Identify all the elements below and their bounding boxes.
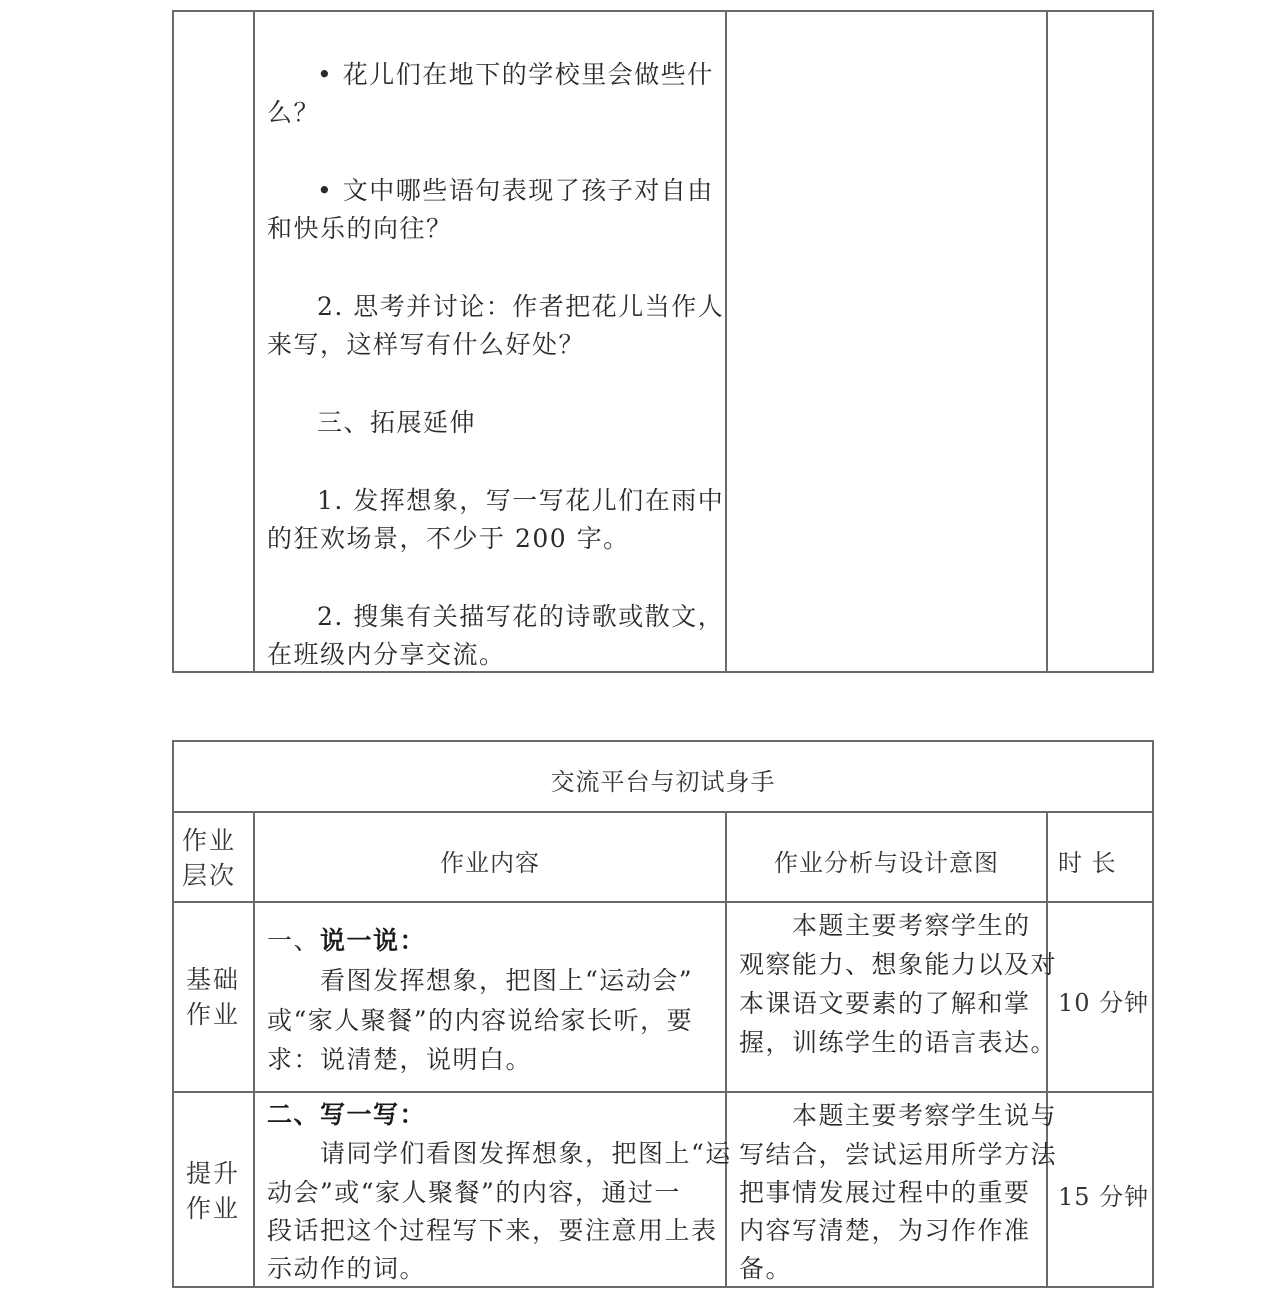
row-basic-level-line-1: 基础 [186, 962, 240, 997]
row-advanced-content-line-3: 段话把这个过程写下来，要注意用上表 [267, 1212, 718, 1250]
section-heading-extension: 三、拓展延伸 [317, 404, 476, 442]
row-advanced-level: 提升 作业 [186, 1156, 240, 1226]
discussion-item-2: 2. 思考并讨论：作者把花儿当作人 [317, 288, 724, 326]
row-advanced-level-line-2: 作业 [186, 1191, 240, 1226]
column-divider-3 [1046, 10, 1048, 673]
table-border-left [172, 740, 174, 1288]
extension-item-1-cont: 的狂欢场景，不少于 200 字。 [267, 520, 630, 558]
header-level-line-1: 作业 [182, 823, 236, 858]
header-level-line-2: 层次 [182, 858, 236, 893]
table-border-top [172, 740, 1154, 742]
row-basic-content-line-1: 看图发挥想象，把图上“运动会” [267, 962, 693, 1000]
row-advanced-heading: 二、写一写： [267, 1096, 426, 1134]
row-basic-heading-title: 说一说： [320, 926, 426, 955]
table-title: 交流平台与初试身手 [172, 762, 1154, 797]
header-row-divider [172, 901, 1154, 903]
row-advanced-content-line-4: 示动作的词。 [267, 1250, 426, 1288]
content-cell: • 花儿们在地下的学校里会做些什 么？ • 文中哪些语句表现了孩子对自由 和快乐… [255, 10, 725, 671]
row-basic-level: 基础 作业 [186, 962, 240, 1032]
table-border-right [1152, 740, 1154, 1288]
column-divider-2 [725, 812, 727, 1288]
row-basic-heading-prefix: 一、 [267, 926, 320, 955]
row-advanced-level-line-1: 提升 [186, 1156, 240, 1191]
row-basic-analysis-line-3: 本课语文要素的了解和掌 [739, 985, 1031, 1023]
row-basic-level-line-2: 作业 [186, 997, 240, 1032]
row-advanced-content-line-2: 动会”或“家人聚餐”的内容，通过一 [267, 1174, 681, 1212]
extension-item-1: 1. 发挥想象，写一写花儿们在雨中 [317, 482, 724, 520]
column-divider-2 [725, 10, 727, 673]
lesson-plan-table-continued: • 花儿们在地下的学校里会做些什 么？ • 文中哪些语句表现了孩子对自由 和快乐… [172, 10, 1154, 673]
header-level: 作业 层次 [182, 823, 236, 893]
question-bullet-1: • 花儿们在地下的学校里会做些什 [317, 56, 714, 94]
title-row-divider [172, 811, 1154, 813]
table-border-right [1152, 10, 1154, 673]
question-bullet-2-cont: 和快乐的向往？ [267, 210, 453, 248]
question-bullet-2: • 文中哪些语句表现了孩子对自由 [317, 172, 714, 210]
row-basic-analysis-line-4: 握，训练学生的语言表达。 [739, 1024, 1057, 1062]
row-advanced-duration: 15 分钟 [1058, 1177, 1149, 1212]
header-analysis: 作业分析与设计意图 [727, 843, 1046, 878]
table-border-left [172, 10, 174, 673]
header-content: 作业内容 [255, 843, 725, 878]
row-advanced-analysis-line-1: 本题主要考察学生说与 [739, 1097, 1057, 1135]
row-basic-content-line-3: 求：说清楚，说明白。 [267, 1041, 532, 1079]
row-advanced-analysis-line-4: 内容写清楚，为习作作准 [739, 1212, 1031, 1250]
row-advanced-content-line-1: 请同学们看图发挥想象，把图上“运 [267, 1135, 732, 1173]
question-bullet-1-cont: 么？ [267, 94, 320, 132]
homework-design-table: 交流平台与初试身手 作业 层次 作业内容 作业分析与设计意图 时 长 基础 作业… [172, 740, 1154, 1288]
row-basic-analysis-line-2: 观察能力、想象能力以及对 [739, 946, 1057, 984]
discussion-item-2-cont: 来写，这样写有什么好处？ [267, 326, 585, 364]
extension-item-2: 2. 搜集有关描写花的诗歌或散文， [317, 598, 724, 636]
row-advanced-analysis-line-5: 备。 [739, 1250, 792, 1288]
row-advanced-analysis-line-3: 把事情发展过程中的重要 [739, 1174, 1031, 1212]
column-divider-1 [253, 812, 255, 1288]
row-basic-content-line-2: 或“家人聚餐”的内容说给家长听，要 [267, 1002, 693, 1040]
row-basic-duration: 10 分钟 [1058, 983, 1149, 1018]
row-basic-heading: 一、说一说： [267, 922, 426, 960]
header-duration: 时 长 [1058, 843, 1117, 878]
extension-item-2-cont: 在班级内分享交流。 [267, 636, 506, 674]
row-basic-analysis-line-1: 本题主要考察学生的 [739, 907, 1031, 945]
row-advanced-analysis-line-2: 写结合，尝试运用所学方法 [739, 1136, 1057, 1174]
row-1-divider [172, 1091, 1154, 1093]
